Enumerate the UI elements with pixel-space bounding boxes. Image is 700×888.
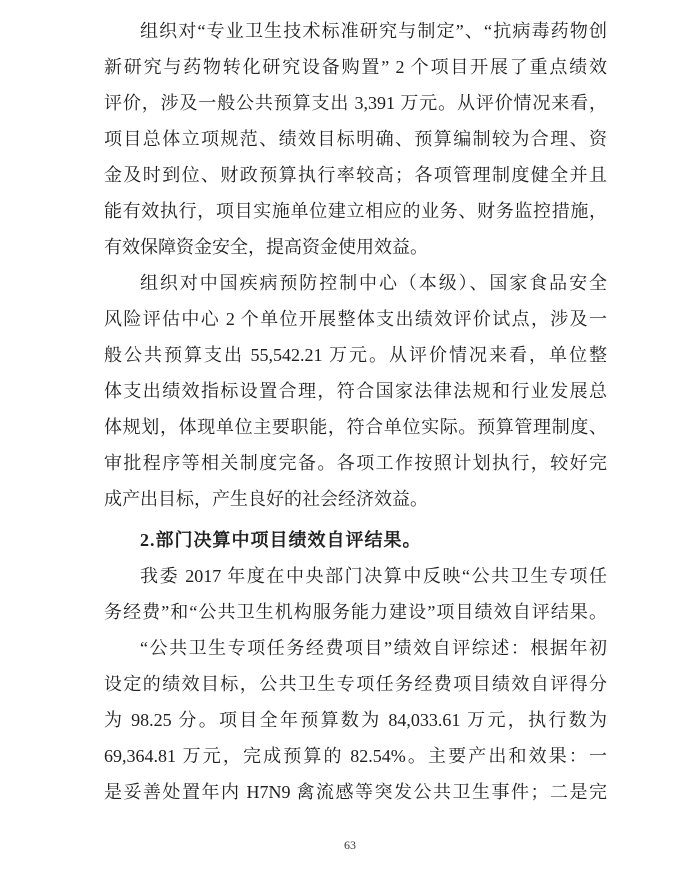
text-line: 金及时到位、财政预算执行率较高；各项管理制度健全并且 [104, 157, 607, 193]
text-line: 体支出绩效指标设置合理，符合国家法律法规和行业发展总 [104, 373, 607, 409]
paragraph-key-performance-evaluation: 组织对“专业卫生技术标准研究与制定”、“抗病毒药物创 新研究与药物转化研究设备购… [104, 13, 607, 265]
text-line: 新研究与药物转化研究设备购置” 2 个项目开展了重点绩效 [104, 49, 607, 85]
text-line: 体规划，体现单位主要职能，符合单位实际。预算管理制度、 [104, 409, 607, 445]
text-line: 风险评估中心 2 个单位开展整体支出绩效评价试点，涉及一 [104, 301, 607, 337]
text-line: 我委 2017 年度在中央部门决算中反映“公共卫生专项任 [104, 558, 607, 594]
text-line: 务经费”和“公共卫生机构服务能力建设”项目绩效自评结果。 [104, 594, 607, 630]
text-block: 组织对“专业卫生技术标准研究与制定”、“抗病毒药物创 新研究与药物转化研究设备购… [104, 13, 607, 810]
text-line: 般公共预算支出 55,542.21 万元。从评价情况来看，单位整 [104, 337, 607, 373]
paragraph-overall-expenditure-pilot: 组织对中国疾病预防控制中心（本级）、国家食品安全 风险评估中心 2 个单位开展整… [104, 265, 607, 517]
paragraph-self-evaluation-intro: 我委 2017 年度在中央部门决算中反映“公共卫生专项任 务经费”和“公共卫生机… [104, 558, 607, 630]
text-line: 组织对“专业卫生技术标准研究与制定”、“抗病毒药物创 [104, 13, 607, 49]
text-line: 是妥善处置年内 H7N9 禽流感等突发公共卫生事件；二是完 [104, 774, 607, 810]
text-line: 为 98.25 分。项目全年预算数为 84,033.61 万元，执行数为 [104, 702, 607, 738]
text-line: 项目总体立项规范、绩效目标明确、预算编制较为合理、资 [104, 121, 607, 157]
text-line: “公共卫生专项任务经费项目”绩效自评综述：根据年初 [104, 630, 607, 666]
text-line: 审批程序等相关制度完备。各项工作按照计划执行，较好完 [104, 445, 607, 481]
section-heading: 2.部门决算中项目绩效自评结果。 [104, 522, 607, 558]
text-line: 69,364.81 万元，完成预算的 82.54%。主要产出和效果：一 [104, 738, 607, 774]
document-page: 组织对“专业卫生技术标准研究与制定”、“抗病毒药物创 新研究与药物转化研究设备购… [0, 0, 700, 888]
text-line: 评价，涉及一般公共预算支出 3,391 万元。从评价情况来看， [104, 85, 607, 121]
text-line: 设定的绩效目标，公共卫生专项任务经费项目绩效自评得分 [104, 666, 607, 702]
text-line: 能有效执行，项目实施单位建立相应的业务、财务监控措施， [104, 193, 607, 229]
paragraph-public-health-special-fund: “公共卫生专项任务经费项目”绩效自评综述：根据年初 设定的绩效目标，公共卫生专项… [104, 630, 607, 810]
page-number: 63 [0, 838, 700, 853]
text-line: 有效保障资金安全，提高资金使用效益。 [104, 229, 607, 265]
text-line: 成产出目标，产生良好的社会经济效益。 [104, 481, 607, 517]
text-line: 组织对中国疾病预防控制中心（本级）、国家食品安全 [104, 265, 607, 301]
